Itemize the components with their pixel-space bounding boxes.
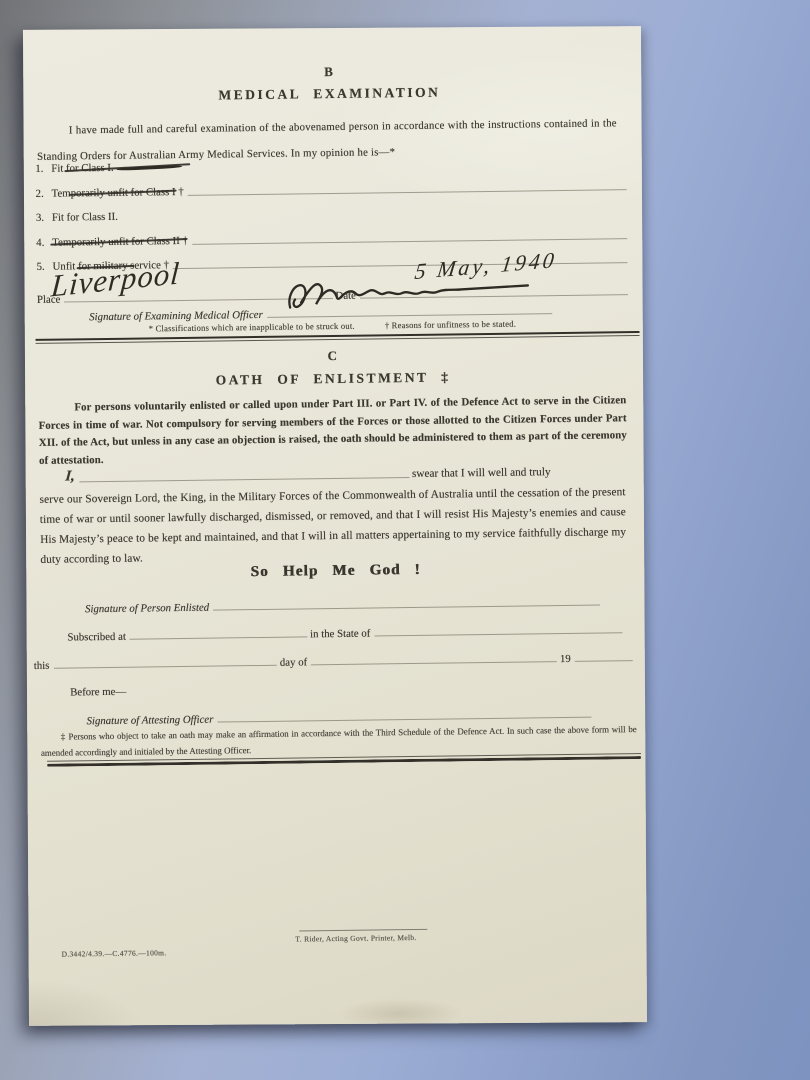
classification-item-2: 2.Temporarily unfit for Class I †	[36, 179, 630, 201]
section-c-letter: C	[24, 344, 642, 369]
day-of-label: day of	[280, 656, 307, 669]
classification-item-3: 3.Fit for Class II.	[36, 203, 630, 225]
item-text: †	[180, 234, 188, 248]
medical-officer-signature-scrawl	[285, 273, 536, 318]
oath-body-text: serve our Sovereign Lord, the King, in t…	[40, 482, 627, 570]
blank-line	[188, 189, 627, 196]
signature-blank-line	[213, 605, 600, 611]
this-label: this	[34, 659, 50, 672]
person-enlisted-signature-label: Signature of Person Enlisted	[85, 601, 209, 615]
before-me-label: Before me—	[70, 685, 126, 700]
item-number: 2.	[36, 186, 52, 200]
item-text: Fit for Class II.	[52, 210, 118, 225]
blank-line	[192, 238, 627, 245]
item-number: 3.	[36, 211, 52, 225]
signature-blank-line	[217, 717, 591, 723]
person-enlisted-signature-row: Signature of Person Enlisted	[85, 592, 603, 615]
day-blank	[53, 665, 276, 669]
state-blank	[374, 632, 622, 636]
imprint-rule-mark	[299, 929, 427, 932]
attesting-officer-signature-label: Signature of Attesting Officer	[86, 713, 213, 727]
item-text: Fit	[51, 161, 66, 175]
oath-lead-I: I,	[65, 468, 76, 485]
year-prefix: 19	[560, 653, 571, 666]
footnote-asterisk: * Classifications which are inapplicable…	[149, 321, 355, 335]
printer-imprint: T. Rider, Acting Govt. Printer, Melb.	[295, 933, 416, 944]
section-c-title: OATH OF ENLISTMENT ‡	[24, 366, 642, 392]
item-number: 4.	[36, 235, 52, 249]
in-state-label: in the State of	[310, 627, 370, 640]
name-blank-line	[79, 477, 409, 482]
item-text-struck: porarily unfit for Class	[71, 185, 170, 200]
footnote-dagger: † Reasons for unfitness to be stated.	[385, 319, 516, 332]
form-page: B MEDICAL EXAMINATION I have made full a…	[23, 26, 647, 1026]
item-text-struck: for Class I.	[66, 161, 114, 176]
oath-first-line-text: swear that I will well and truly	[412, 466, 551, 481]
subscribed-at-label: Subscribed at	[67, 630, 126, 643]
medical-officer-signature-label: Signature of Examining Medical Officer	[89, 309, 263, 324]
item-number: 5.	[36, 260, 52, 274]
date-of-oath-row: this day of 19	[34, 648, 636, 672]
form-code-imprint: D.3442/4.39.—C.4776.—100m.	[62, 948, 167, 959]
section-b-title: MEDICAL EXAMINATION	[20, 81, 638, 107]
subscribed-place-blank	[130, 636, 307, 639]
form-content: B MEDICAL EXAMINATION I have made full a…	[20, 24, 651, 1028]
year-blank	[575, 660, 633, 662]
month-blank	[311, 661, 557, 665]
item-text: Tem	[52, 186, 71, 200]
subscribed-row: Subscribed at in the State of	[67, 620, 625, 643]
item-number: 1.	[35, 162, 51, 176]
oath-applicability-note: For persons voluntarily enlisted or call…	[38, 392, 627, 470]
blank-line	[173, 263, 628, 270]
scanned-photo: B MEDICAL EXAMINATION I have made full a…	[0, 0, 810, 1080]
item-text-struck: Temporarily unfit for Class II	[52, 234, 180, 250]
